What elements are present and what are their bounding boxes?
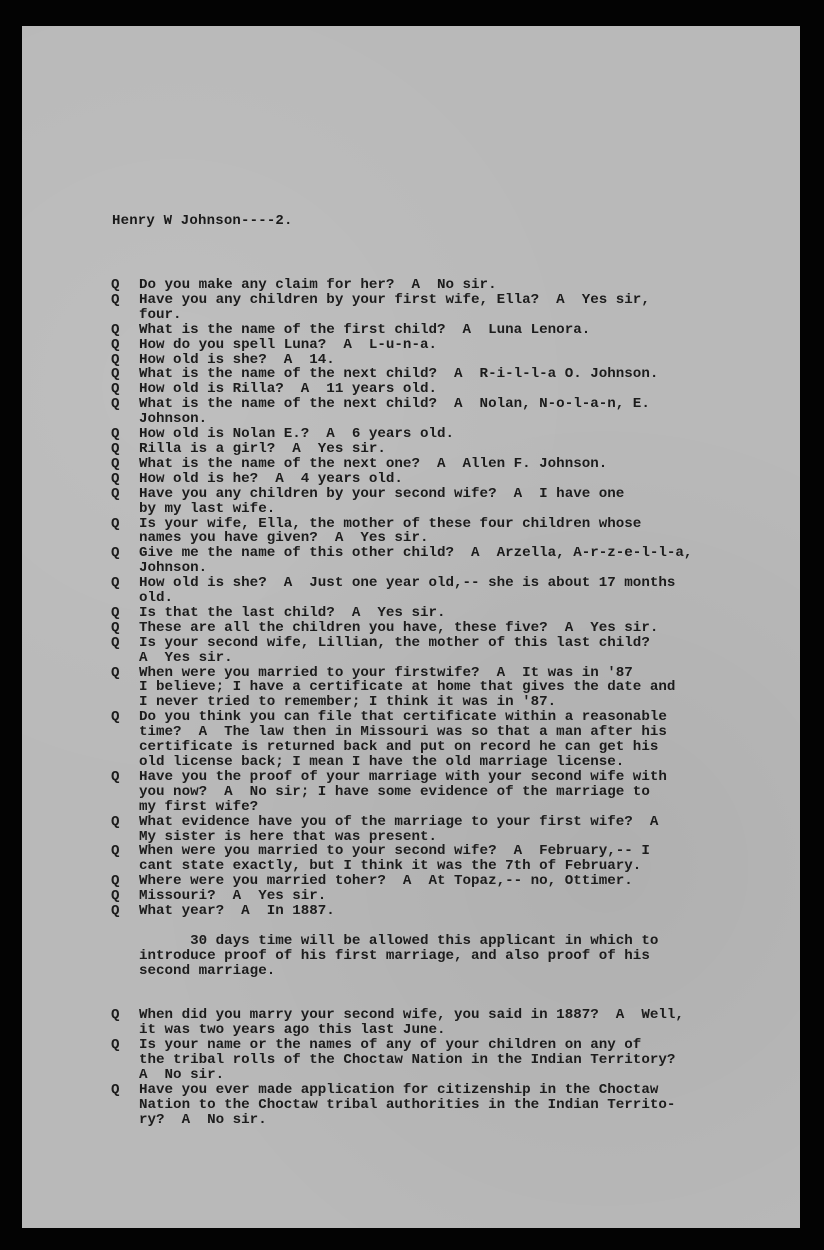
text-line: How do you spell Luna? A L-u-n-a. — [139, 338, 791, 353]
qa-entry: QRilla is a girl? A Yes sir. — [111, 442, 791, 457]
question-marker: Q — [111, 293, 139, 323]
qa-text: How old is he? A 4 years old. — [139, 472, 791, 487]
question-marker: Q — [111, 457, 139, 472]
text-line: How old is she? A 14. — [139, 353, 791, 368]
qa-entry: QWhat is the name of the next one? A All… — [111, 457, 791, 472]
question-marker: Q — [111, 1038, 139, 1083]
text-line: Have you the proof of your marriage with… — [139, 770, 791, 785]
text-line: second marriage. — [139, 964, 791, 979]
text-line: the tribal rolls of the Choctaw Nation i… — [139, 1053, 791, 1068]
question-marker: Q — [111, 472, 139, 487]
qa-entry: QHow old is Rilla? A 11 years old. — [111, 382, 791, 397]
text-line: Is your name or the names of any of your… — [139, 1038, 791, 1053]
text-line: time? A The law then in Missouri was so … — [139, 725, 791, 740]
text-line: Is your second wife, Lillian, the mother… — [139, 636, 791, 651]
qa-entry: QWhere were you married toher? A At Topa… — [111, 874, 791, 889]
text-line: my first wife? — [139, 800, 791, 815]
qa-entry: QHow old is Nolan E.? A 6 years old. — [111, 427, 791, 442]
text-line: names you have given? A Yes sir. — [139, 531, 791, 546]
question-marker: Q — [111, 636, 139, 666]
qa-entry: QDo you make any claim for her? A No sir… — [111, 278, 791, 293]
text-line: How old is Nolan E.? A 6 years old. — [139, 427, 791, 442]
question-marker: Q — [111, 621, 139, 636]
interview-transcript: QDo you make any claim for her? A No sir… — [111, 278, 791, 1128]
text-line: I believe; I have a certificate at home … — [139, 680, 791, 695]
qa-text: What evidence have you of the marriage t… — [139, 815, 791, 845]
qa-text: How do you spell Luna? A L-u-n-a. — [139, 338, 791, 353]
qa-text: How old is she? A 14. — [139, 353, 791, 368]
qa-text: Give me the name of this other child? A … — [139, 546, 791, 576]
qa-text: What is the name of the next one? A Alle… — [139, 457, 791, 472]
qa-entry: QThese are all the children you have, th… — [111, 621, 791, 636]
text-line: certificate is returned back and put on … — [139, 740, 791, 755]
qa-text: Is that the last child? A Yes sir. — [139, 606, 791, 621]
question-marker: Q — [111, 666, 139, 711]
text-line: ry? A No sir. — [139, 1113, 791, 1128]
qa-text: Is your second wife, Lillian, the mother… — [139, 636, 791, 666]
text-line: My sister is here that was present. — [139, 830, 791, 845]
question-marker: Q — [111, 278, 139, 293]
qa-entry: QWhat is the name of the next child? A R… — [111, 367, 791, 382]
text-line: When were you married to your firstwife?… — [139, 666, 791, 681]
qa-text: Rilla is a girl? A Yes sir. — [139, 442, 791, 457]
text-line: you now? A No sir; I have some evidence … — [139, 785, 791, 800]
text-line: cant state exactly, but I think it was t… — [139, 859, 791, 874]
qa-text: Have you the proof of your marriage with… — [139, 770, 791, 815]
qa-entry: QWhat is the name of the first child? A … — [111, 323, 791, 338]
qa-entry: QHow do you spell Luna? A L-u-n-a. — [111, 338, 791, 353]
text-line: Give me the name of this other child? A … — [139, 546, 791, 561]
question-marker: Q — [111, 546, 139, 576]
text-line: I never tried to remember; I think it wa… — [139, 695, 791, 710]
qa-entry: QHow old is she? A Just one year old,-- … — [111, 576, 791, 606]
qa-text: What is the name of the first child? A L… — [139, 323, 791, 338]
text-line: What year? A In 1887. — [139, 904, 791, 919]
qa-text: Missouri? A Yes sir. — [139, 889, 791, 904]
question-marker: Q — [111, 874, 139, 889]
section-gap — [111, 919, 791, 934]
question-marker: Q — [111, 427, 139, 442]
text-line: Is that the last child? A Yes sir. — [139, 606, 791, 621]
text-line: When were you married to your second wif… — [139, 844, 791, 859]
question-marker: Q — [111, 606, 139, 621]
qa-text: How old is Nolan E.? A 6 years old. — [139, 427, 791, 442]
question-marker: Q — [111, 576, 139, 606]
text-line: A No sir. — [139, 1068, 791, 1083]
qa-text: These are all the children you have, the… — [139, 621, 791, 636]
qa-entry: QHave you any children by your first wif… — [111, 293, 791, 323]
text-line: What is the name of the first child? A L… — [139, 323, 791, 338]
qa-text: Have you any children by your first wife… — [139, 293, 791, 323]
qa-text: How old is she? A Just one year old,-- s… — [139, 576, 791, 606]
qa-text: Is your name or the names of any of your… — [139, 1038, 791, 1083]
question-marker: Q — [111, 338, 139, 353]
question-marker: Q — [111, 367, 139, 382]
qa-text: Have you any children by your second wif… — [139, 487, 791, 517]
qa-text: Do you think you can file that certifica… — [139, 710, 791, 770]
qa-entry: QWhen did you marry your second wife, yo… — [111, 1008, 791, 1038]
text-line: A Yes sir. — [139, 651, 791, 666]
text-line: Johnson. — [139, 561, 791, 576]
text-line: How old is he? A 4 years old. — [139, 472, 791, 487]
text-line: old license back; I mean I have the old … — [139, 755, 791, 770]
qa-entry: QMissouri? A Yes sir. — [111, 889, 791, 904]
text-line: These are all the children you have, the… — [139, 621, 791, 636]
qa-entry: QWhen were you married to your firstwife… — [111, 666, 791, 711]
qa-entry: QHow old is he? A 4 years old. — [111, 472, 791, 487]
qa-entry: QHow old is she? A 14. — [111, 353, 791, 368]
note-paragraph: 30 days time will be allowed this applic… — [111, 934, 791, 979]
qa-entry: QHave you any children by your second wi… — [111, 487, 791, 517]
text-line: four. — [139, 308, 791, 323]
text-line: old. — [139, 591, 791, 606]
text-line: Nation to the Choctaw tribal authorities… — [139, 1098, 791, 1113]
text-line: What evidence have you of the marriage t… — [139, 815, 791, 830]
text-line: Missouri? A Yes sir. — [139, 889, 791, 904]
question-marker: Q — [111, 1083, 139, 1128]
text-line: Do you think you can file that certifica… — [139, 710, 791, 725]
question-marker: Q — [111, 1008, 139, 1038]
qa-text: What year? A In 1887. — [139, 904, 791, 919]
text-line: Do you make any claim for her? A No sir. — [139, 278, 791, 293]
text-line: Rilla is a girl? A Yes sir. — [139, 442, 791, 457]
text-line: Have you any children by your first wife… — [139, 293, 791, 308]
question-marker: Q — [111, 323, 139, 338]
question-marker: Q — [111, 770, 139, 815]
qa-text: How old is Rilla? A 11 years old. — [139, 382, 791, 397]
text-line: How old is she? A Just one year old,-- s… — [139, 576, 791, 591]
text-line: What is the name of the next child? A No… — [139, 397, 791, 412]
text-line: Have you ever made application for citiz… — [139, 1083, 791, 1098]
qa-text: Do you make any claim for her? A No sir. — [139, 278, 791, 293]
text-line: When did you marry your second wife, you… — [139, 1008, 791, 1023]
document-header: Henry W Johnson----2. — [112, 213, 293, 229]
text-line: What is the name of the next child? A R-… — [139, 367, 791, 382]
qa-entry: QIs that the last child? A Yes sir. — [111, 606, 791, 621]
text-line: introduce proof of his first marriage, a… — [139, 949, 791, 964]
question-marker: Q — [111, 517, 139, 547]
text-line: Have you any children by your second wif… — [139, 487, 791, 502]
question-marker: Q — [111, 710, 139, 770]
qa-entry: QHave you the proof of your marriage wit… — [111, 770, 791, 815]
qa-entry: QDo you think you can file that certific… — [111, 710, 791, 770]
question-marker: Q — [111, 815, 139, 845]
question-marker: Q — [111, 442, 139, 457]
qa-text: When did you marry your second wife, you… — [139, 1008, 791, 1038]
text-line: by my last wife. — [139, 502, 791, 517]
qa-text: When were you married to your firstwife?… — [139, 666, 791, 711]
text-line: What is the name of the next one? A Alle… — [139, 457, 791, 472]
text-line: 30 days time will be allowed this applic… — [139, 934, 791, 949]
text-line: Johnson. — [139, 412, 791, 427]
question-marker: Q — [111, 889, 139, 904]
qa-entry: QIs your name or the names of any of you… — [111, 1038, 791, 1083]
text-line: it was two years ago this last June. — [139, 1023, 791, 1038]
question-marker: Q — [111, 382, 139, 397]
qa-entry: QHave you ever made application for citi… — [111, 1083, 791, 1128]
qa-text: Is your wife, Ella, the mother of these … — [139, 517, 791, 547]
qa-entry: QWhat is the name of the next child? A N… — [111, 397, 791, 427]
qa-text: What is the name of the next child? A No… — [139, 397, 791, 427]
qa-text: Have you ever made application for citiz… — [139, 1083, 791, 1128]
qa-entry: QWhen were you married to your second wi… — [111, 844, 791, 874]
qa-text: Where were you married toher? A At Topaz… — [139, 874, 791, 889]
text-line: Is your wife, Ella, the mother of these … — [139, 517, 791, 532]
qa-text: When were you married to your second wif… — [139, 844, 791, 874]
question-marker: Q — [111, 904, 139, 919]
qa-entry: QGive me the name of this other child? A… — [111, 546, 791, 576]
text-line: How old is Rilla? A 11 years old. — [139, 382, 791, 397]
text-line: Where were you married toher? A At Topaz… — [139, 874, 791, 889]
question-marker: Q — [111, 397, 139, 427]
question-marker: Q — [111, 844, 139, 874]
scanned-page: Henry W Johnson----2. QDo you make any c… — [22, 26, 800, 1228]
qa-entry: QIs your second wife, Lillian, the mothe… — [111, 636, 791, 666]
qa-entry: QWhat evidence have you of the marriage … — [111, 815, 791, 845]
question-marker: Q — [111, 487, 139, 517]
section-gap — [111, 993, 791, 1008]
qa-entry: QWhat year? A In 1887. — [111, 904, 791, 919]
question-marker: Q — [111, 353, 139, 368]
qa-entry: QIs your wife, Ella, the mother of these… — [111, 517, 791, 547]
qa-text: What is the name of the next child? A R-… — [139, 367, 791, 382]
